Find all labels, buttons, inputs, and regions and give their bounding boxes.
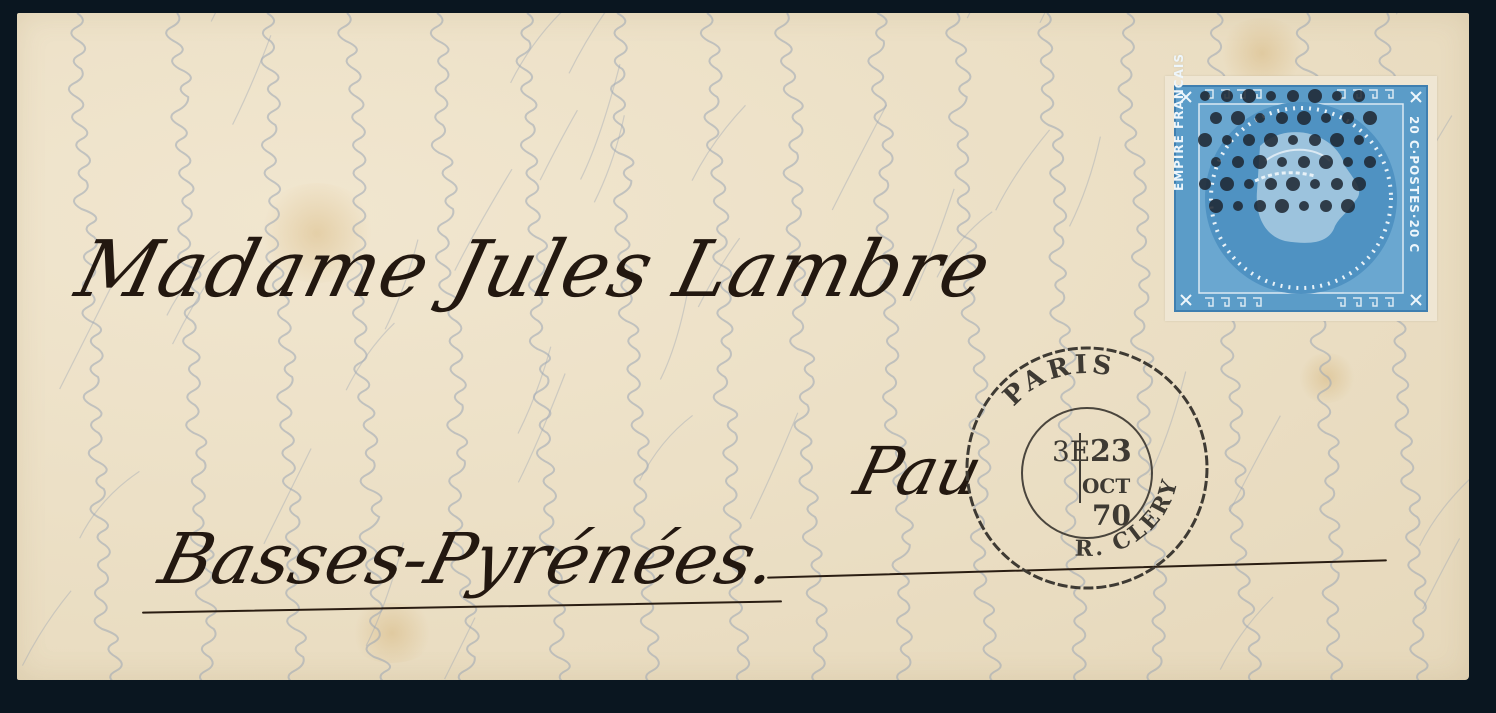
postmark-time: 3E	[1052, 435, 1090, 468]
svg-text:PARIS: PARIS	[997, 350, 1117, 412]
letter-cover: EMPIRE FRANCAIS 20 C·POSTES·20 C Madame …	[17, 13, 1469, 680]
postmark-city: PARIS	[997, 350, 1117, 412]
postage-stamp: EMPIRE FRANCAIS 20 C·POSTES·20 C	[1165, 76, 1437, 321]
address-recipient: Madame Jules Lambre	[68, 225, 1000, 315]
stamp-country-text: EMPIRE FRANCAIS	[1172, 53, 1186, 191]
postmark-year: 70	[1092, 499, 1131, 532]
stamp-value-text: 20 C·POSTES·20 C	[1407, 116, 1421, 253]
postmark-day: 23	[1090, 434, 1132, 469]
address-department: Basses-Pyrénées.	[152, 518, 786, 600]
paris-postmark: PARIS R. CLERY 3E 23 OCT 70	[952, 333, 1222, 603]
postmark-month: OCT	[1082, 474, 1130, 498]
